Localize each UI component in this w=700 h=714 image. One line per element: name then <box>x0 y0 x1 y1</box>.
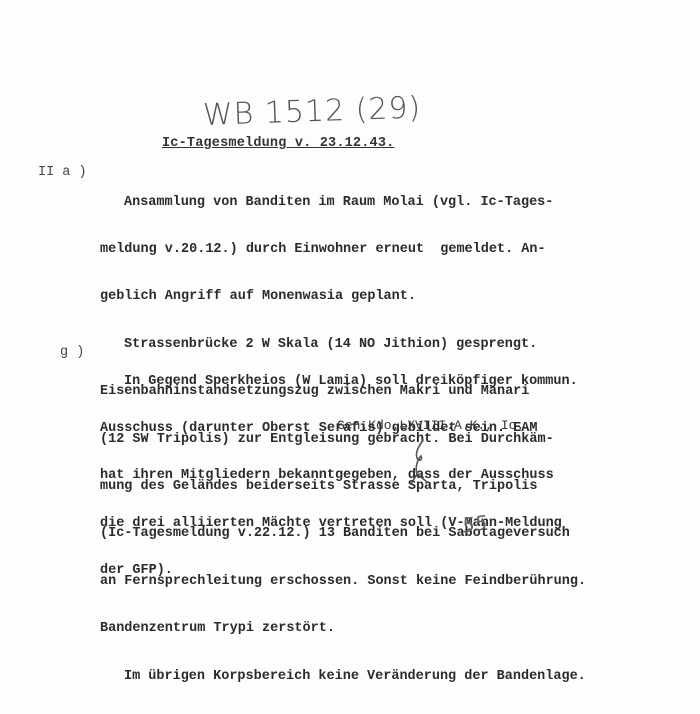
section-g-body: In Gegend Sperkheios (W Lamia) soll drei… <box>100 342 578 611</box>
document-title: Ic-Tagesmeldung v. 23.12.43. <box>162 136 394 151</box>
document-page: WB 1512 (29) Ic-Tagesmeldung v. 23.12.43… <box>0 0 700 714</box>
signature-block: Gen.Kdo.LXVIII.A.K., Ic. <box>337 418 524 433</box>
section-line: meldung v.20.12.) durch Einwohner erneut… <box>100 242 586 258</box>
section-line: Ansammlung von Banditen im Raum Molai (v… <box>100 195 586 211</box>
archive-reference: WB 1512 (29) <box>202 90 421 133</box>
handwritten-page-number: 55 <box>460 510 489 537</box>
handwritten-initials-icon <box>405 438 435 488</box>
section-line: Bandenzentrum Trypi zerstört. <box>100 621 586 637</box>
section-marker-g: g ) <box>60 345 84 360</box>
section-line: der GFP). <box>100 563 578 579</box>
section-line: hat ihren Mitgliedern bekanntgegeben, da… <box>100 468 578 484</box>
section-line: geblich Angriff auf Monenwasia geplant. <box>100 289 586 305</box>
section-line: In Gegend Sperkheios (W Lamia) soll drei… <box>100 374 578 390</box>
section-marker-IIa: II a ) <box>38 165 87 180</box>
section-line: die drei alliierten Mächte vertreten sol… <box>100 516 578 532</box>
section-line: Im übrigen Korpsbereich keine Veränderun… <box>100 669 586 685</box>
